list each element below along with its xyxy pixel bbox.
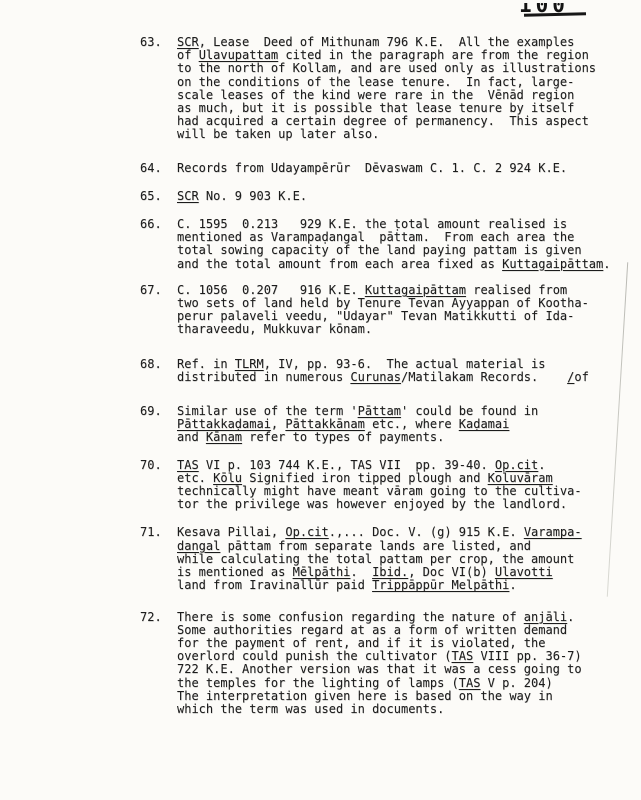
underlined-term: Kōlu [213, 471, 242, 485]
underlined-term: Ibid. [372, 565, 408, 579]
footnote-text: Ref. in TLRM, IV, pp. 93-6. The actual m… [177, 358, 589, 384]
text-segment: realised from [466, 283, 567, 297]
text-segment: . [350, 565, 372, 579]
text-segment: Some authorities regard at as a form of … [177, 623, 567, 637]
text-segment: C. 1056 0.207 916 K.E. [177, 283, 365, 297]
text-line: and the total amount from each area fixe… [177, 258, 611, 271]
text-segment: ' could be found in [401, 404, 538, 418]
text-line: distributed in numerous Curunas/Matilaka… [177, 371, 589, 384]
underlined-term: anjāli [524, 610, 567, 624]
text-segment: perur palaveli veedu, "Udayar" Tevan Mat… [177, 309, 574, 323]
text-segment: No. 9 903 K.E. [199, 189, 307, 203]
text-segment: as much, but it is possible that lease t… [177, 101, 574, 115]
text-segment: and the total amount from each area fixe… [177, 257, 502, 271]
footnote-number: 67. [140, 284, 177, 337]
text-segment: distributed in numerous [177, 370, 350, 384]
footnote: 65.SCR No. 9 903 K.E. [140, 190, 611, 203]
footnote-text: TAS VI p. 103 744 K.E., TAS VII pp. 39-4… [177, 459, 582, 512]
footnote-number: 66. [140, 218, 177, 271]
underlined-term: Kuttagaipāttam [502, 257, 603, 271]
text-segment: VI p. 103 744 K.E., TAS VII pp. 39-40. [199, 458, 495, 472]
underlined-term: Pāttakkānam [285, 417, 364, 431]
text-line: land from Iravinallūr paid Trippāppūr Me… [177, 579, 582, 592]
text-line: Records from Udayampērūr Dēvaswam C. 1. … [177, 162, 567, 175]
footnote-text: SCR, Lease Deed of Mithunam 796 K.E. All… [177, 36, 596, 142]
footnote-text: Kesava Pillai, Op.cit.,... Doc. V. (g) 9… [177, 526, 582, 592]
text-segment: land from Iravinallūr paid [177, 578, 372, 592]
text-line: SCR No. 9 903 K.E. [177, 190, 307, 203]
document-page: 100 63.SCR, Lease Deed of Mithunam 796 K… [0, 0, 641, 800]
text-segment: total sowing capacity of the land paying… [177, 243, 582, 257]
text-segment: two sets of land held by Tenure Tevan Ay… [177, 296, 589, 310]
text-segment: There is some confusion regarding the na… [177, 610, 524, 624]
footnote: 70.TAS VI p. 103 744 K.E., TAS VII pp. 3… [140, 459, 611, 512]
text-segment: . [538, 458, 545, 472]
footnote: 63.SCR, Lease Deed of Mithunam 796 K.E. … [140, 36, 611, 142]
text-segment: /Matilakam Records. [401, 370, 567, 384]
footnote-text: There is some confusion regarding the na… [177, 611, 582, 717]
text-segment: which the term was used in documents. [177, 702, 444, 716]
text-segment: .,... Doc. V. (g) 915 K.E. [329, 525, 524, 539]
underlined-term: Koluvāram [488, 471, 553, 485]
text-segment: for the payment of rent, and if it is vi… [177, 636, 545, 650]
underlined-term: Kānam [206, 430, 242, 444]
footnote-number: 63. [140, 36, 177, 142]
text-segment: and [177, 430, 206, 444]
text-segment: . [567, 610, 574, 624]
text-segment: refer to types of payments. [242, 430, 444, 444]
footnote-number: 72. [140, 611, 177, 717]
underlined-term: Mēlpāthi [293, 565, 351, 579]
text-line: which the term was used in documents. [177, 703, 582, 716]
text-segment: etc. [177, 471, 213, 485]
underlined-term: Trippāppūr Melpāthi [372, 578, 509, 592]
footnote-number: 69. [140, 405, 177, 445]
underlined-term: Kuttagaipāttam [365, 283, 466, 297]
text-segment: is mentioned as [177, 565, 293, 579]
text-segment: will be taken up later also. [177, 127, 379, 141]
underlined-term: dangal [177, 539, 220, 553]
text-segment: V p. 204) [480, 676, 552, 690]
underlined-term: Kaḍamai [459, 417, 510, 431]
footnote-number: 70. [140, 459, 177, 512]
footnote: 71.Kesava Pillai, Op.cit.,... Doc. V. (g… [140, 526, 611, 592]
underlined-term: TAS [459, 676, 481, 690]
text-segment: on the conditions of the lease tenure. I… [177, 75, 574, 89]
underlined-term: TAS [177, 458, 199, 472]
text-segment: had acquired a certain degree of permane… [177, 114, 589, 128]
text-segment: tor the privilege was however enjoyed by… [177, 497, 567, 511]
text-segment: Similar use of the term ' [177, 404, 358, 418]
footnote-text: Records from Udayampērūr Dēvaswam C. 1. … [177, 162, 567, 175]
footnote: 67.C. 1056 0.207 916 K.E. Kuttagaipāttam… [140, 284, 611, 337]
text-segment: the temples for the lighting of lamps ( [177, 676, 459, 690]
text-segment: scale leases of the kind were rare in th… [177, 88, 574, 102]
underlined-term: SCR [177, 35, 199, 49]
text-segment: of [177, 48, 199, 62]
footnote-number: 68. [140, 358, 177, 384]
footnote-text: C. 1595 0.213 929 K.E. the ṭotal amount … [177, 218, 611, 271]
footnotes-list: 63.SCR, Lease Deed of Mithunam 796 K.E. … [140, 36, 611, 716]
footnote-text: SCR No. 9 903 K.E. [177, 190, 307, 203]
text-segment: Kesava Pillai, [177, 525, 285, 539]
underlined-term: SCR [177, 189, 199, 203]
text-segment: The interpretation given here is based o… [177, 689, 553, 703]
footnote-text: Similar use of the term 'Pāttam' could b… [177, 405, 538, 445]
underlined-term: Pāttam [358, 404, 401, 418]
text-segment: Records from Udayampērūr Dēvaswam C. 1. … [177, 161, 567, 175]
text-segment: to the north of Kollam, and are used onl… [177, 61, 596, 75]
text-segment: Ref. in [177, 357, 235, 371]
text-segment: VIII pp. 36-7) [473, 649, 581, 663]
text-segment: . [509, 578, 516, 592]
footnote-number: 65. [140, 190, 177, 203]
underlined-term: Varampa- [524, 525, 582, 539]
text-line: tharaveedu, Mukkuvar kōnam. [177, 323, 589, 336]
text-segment: Signified iron tipped plough and [242, 471, 488, 485]
text-segment: technically might have meant vāram going… [177, 484, 582, 498]
footnote-number: 71. [140, 526, 177, 592]
text-line: will be taken up later also. [177, 128, 596, 141]
footnote: 66.C. 1595 0.213 929 K.E. the ṭotal amou… [140, 218, 611, 271]
underlined-term: Op.cit [495, 458, 538, 472]
text-line: tor the privilege was however enjoyed by… [177, 498, 582, 511]
text-segment: mentioned as Varampaḍangal pāttam. From … [177, 230, 574, 244]
footnote: 64.Records from Udayampērūr Dēvaswam C. … [140, 162, 611, 175]
text-segment: C. 1595 0.213 929 K.E. the ṭotal amount … [177, 217, 567, 231]
text-segment: , Lease Deed of Mithunam 796 K.E. All th… [199, 35, 575, 49]
text-segment: , Doc VI(b) [408, 565, 495, 579]
underlined-term: Ulavotti [495, 565, 553, 579]
footnote: 68.Ref. in TLRM, IV, pp. 93-6. The actua… [140, 358, 611, 384]
underlined-term: Ulavupattam [199, 48, 278, 62]
text-segment: 722 K.E. Another version was that it was… [177, 662, 582, 676]
text-segment: while calculating the total pattam per c… [177, 552, 574, 566]
footnote: 72.There is some confusion regarding the… [140, 611, 611, 717]
footnote-number: 64. [140, 162, 177, 175]
underlined-term: Curunas [350, 370, 401, 384]
underlined-term: Pāttakkaḍamai [177, 417, 271, 431]
text-segment: pāttam from separate lands are listed, a… [220, 539, 531, 553]
underlined-term: Op.cit [285, 525, 328, 539]
underlined-term: TAS [452, 649, 474, 663]
text-segment: etc., where [365, 417, 459, 431]
text-segment: , IV, pp. 93-6. The actual material is [264, 357, 546, 371]
text-segment: tharaveedu, Mukkuvar kōnam. [177, 322, 372, 336]
footnote-text: C. 1056 0.207 916 K.E. Kuttagaipāttam re… [177, 284, 589, 337]
text-segment: . [603, 257, 610, 271]
text-segment: of [574, 370, 588, 384]
text-segment: , [271, 417, 285, 431]
text-segment: overlord could punish the cultivator ( [177, 649, 452, 663]
text-line: and Kānam refer to types of payments. [177, 431, 538, 444]
underlined-term: TLRM [235, 357, 264, 371]
footnote: 69.Similar use of the term 'Pāttam' coul… [140, 405, 611, 445]
text-segment: cited in the paragraph are from the regi… [278, 48, 589, 62]
